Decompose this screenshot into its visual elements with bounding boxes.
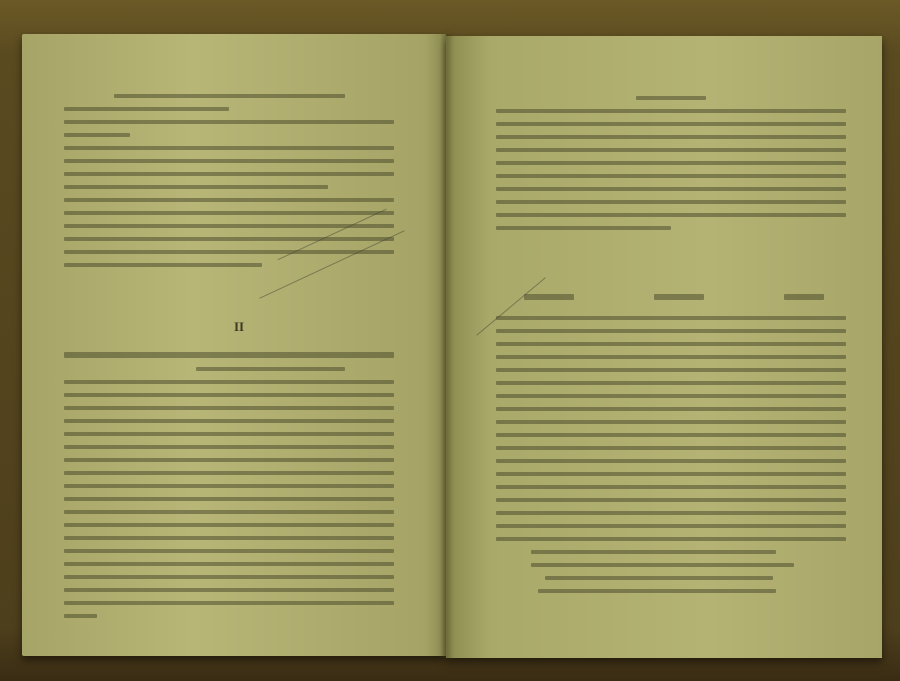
right-page-text-bottom <box>496 316 846 602</box>
left-page-text-bottom <box>64 352 394 627</box>
open-book: II <box>22 34 882 664</box>
right-page-text-top <box>496 96 846 239</box>
left-page-text-top <box>64 94 394 276</box>
right-section-heading <box>524 294 824 309</box>
section-marker: II <box>234 319 244 335</box>
left-page: II <box>22 34 446 656</box>
right-page <box>446 36 882 658</box>
book-spine-gutter <box>440 34 454 658</box>
